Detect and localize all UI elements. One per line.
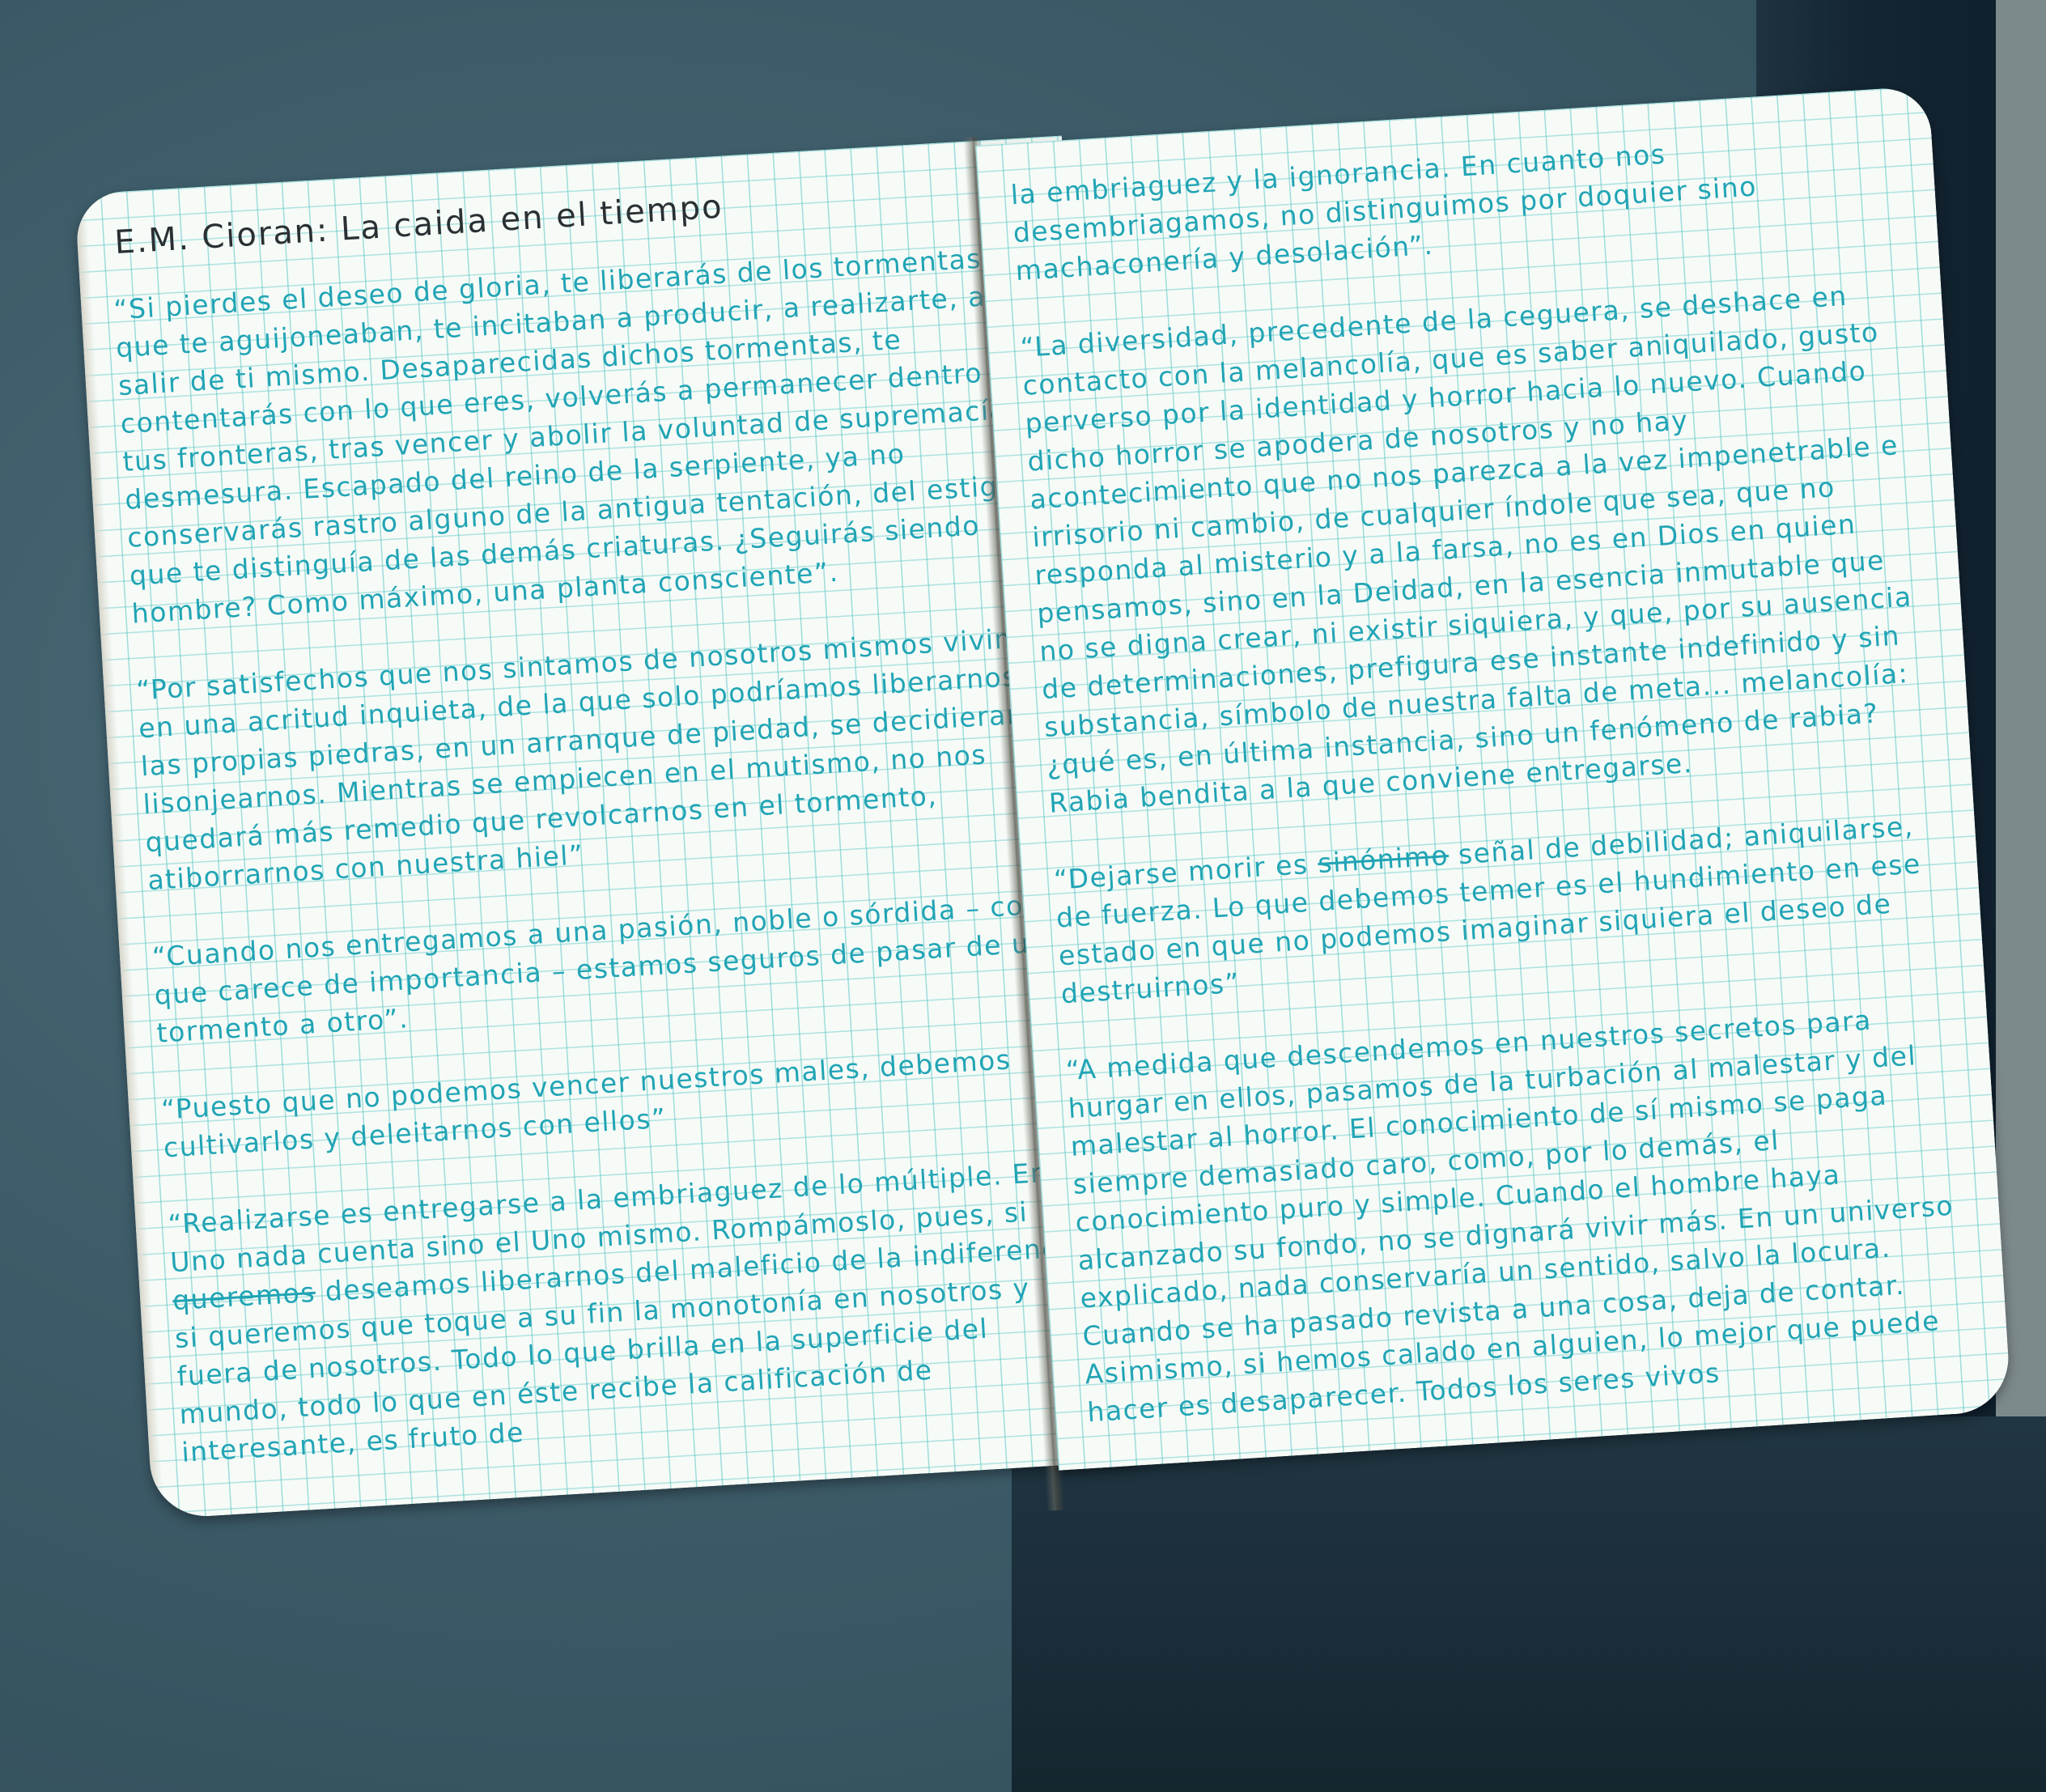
struck-word: sinónimo (1317, 839, 1450, 879)
quote-realizarse: “Realizarse es entregarse a la embriague… (167, 1151, 1106, 1471)
right-page-content: la embriaguez y la ignorancia. En cuanto… (1009, 120, 1979, 1470)
quote-pasion: “Cuando nos entregamos a una pasión, nob… (151, 883, 1080, 1051)
left-page-content: E.M. Cioran: La caida en el tiempo “Si p… (108, 170, 1107, 1510)
quote-text-segment: señal de debilidad; aniquilarse, de fuer… (1055, 809, 1932, 1009)
quote-satisfechos: “Por satisfechos que nos sintamos de nos… (135, 617, 1072, 899)
quote-males: “Puesto que no podemos vencer nuestros m… (160, 1036, 1088, 1167)
quote-dejarse-morir: “Dejarse morir es sinónimo señal de debi… (1053, 805, 1951, 1013)
quote-a-medida: “A medida que descendemos en nuestros se… (1064, 996, 1976, 1431)
quote-gloria: “Si pierdes el deseo de gloria, te liber… (112, 236, 1055, 633)
right-page: la embriaguez y la ignorancia. En cuanto… (975, 86, 2012, 1471)
notebook-spread: E.M. Cioran: La caida en el tiempo “Si p… (0, 0, 2046, 1792)
quote-embriaguez-continuation: la embriaguez y la ignorancia. En cuanto… (1009, 120, 1905, 290)
struck-word: queremos (172, 1276, 316, 1316)
quote-diversidad: “La diversidad, precedente de la ceguera… (1019, 273, 1938, 822)
